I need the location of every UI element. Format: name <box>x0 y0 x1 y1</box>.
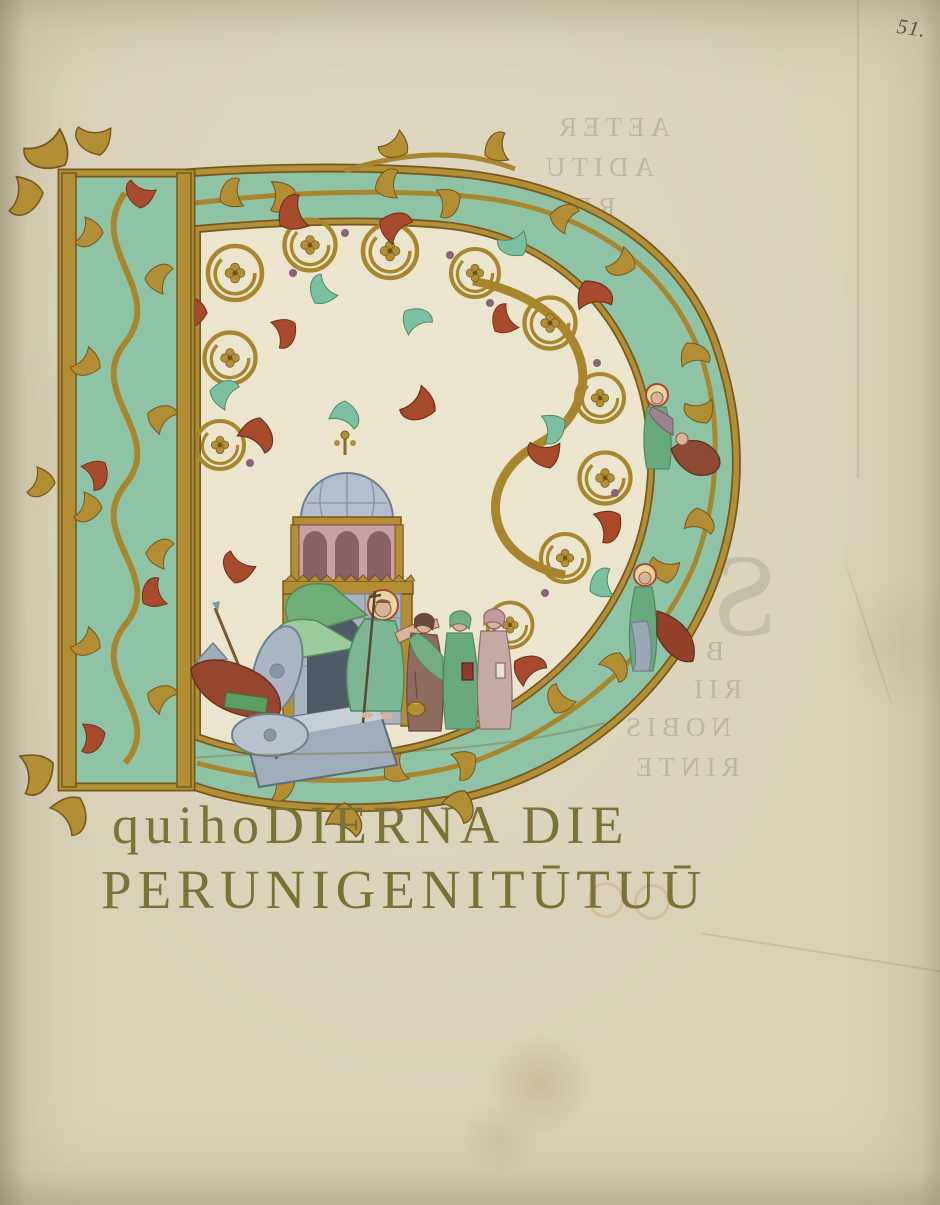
text-line-1: quihoDIERNA DIE <box>112 794 629 856</box>
parchment-crease <box>701 932 940 973</box>
parchment-crease <box>845 563 893 706</box>
initial-stem <box>62 173 191 787</box>
illuminated-initial-d <box>45 163 740 811</box>
folio-number: 51. <box>895 14 928 43</box>
show-through-line: AETER <box>553 112 670 143</box>
parchment-crease <box>857 0 859 478</box>
text-line-2: PERUNIGENITŪTUŪ <box>101 858 707 921</box>
manuscript-page: AETER ADITU RES S B RII NOBIS RINTE <box>0 0 940 1205</box>
white-book <box>496 663 505 678</box>
three-marys <box>407 609 512 731</box>
red-book <box>462 663 473 680</box>
